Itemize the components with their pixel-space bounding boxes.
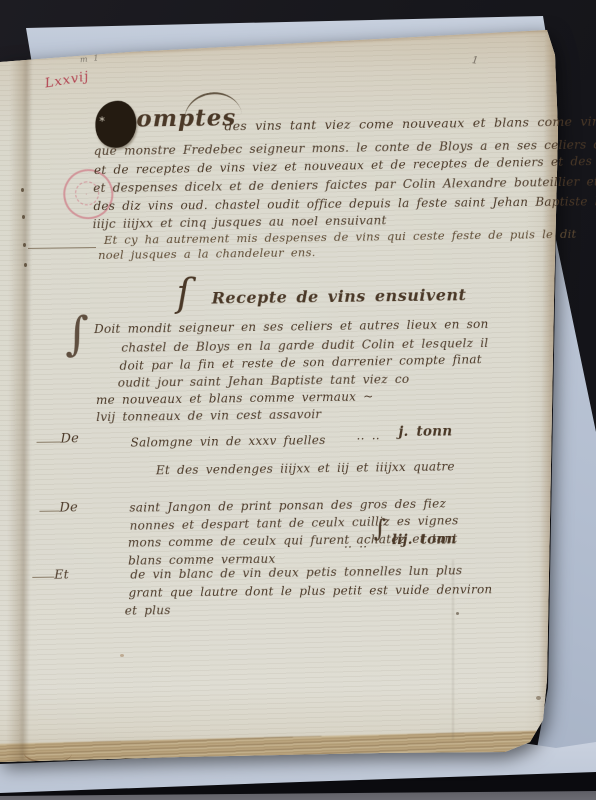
entry-amount: lij. tonn bbox=[392, 531, 457, 548]
entry-dot-leader: .. .. bbox=[344, 537, 368, 551]
entry-dot-leader: .. .. bbox=[356, 428, 380, 442]
entry-margin-mark: Et bbox=[54, 566, 69, 581]
section-title: Recepte de vins ensuivent bbox=[212, 285, 467, 307]
manuscript-line: saint Jangon de print ponsan des gros de… bbox=[129, 496, 446, 514]
manuscript-line: Doit mondit seigneur en ses celiers et a… bbox=[94, 317, 489, 336]
manuscript-line: nonnes et despart tant de ceulx cuilliz … bbox=[130, 513, 459, 532]
manuscript-line: Salomgne vin de xxxv fuelles bbox=[130, 433, 325, 450]
corner-folio-number: 1 bbox=[471, 55, 479, 67]
pencil-mark: m 1 bbox=[79, 53, 99, 64]
manuscript-line: de vin blanc de vin deux petis tonnelles… bbox=[130, 563, 462, 581]
manuscript-line: grant que lautre dont le plus petit est … bbox=[128, 582, 492, 599]
entry-amount: j. tonn bbox=[398, 423, 452, 440]
manuscript-line: noel jusques a la chandeleur ens. bbox=[98, 245, 316, 262]
entry-margin-mark: De bbox=[60, 431, 79, 446]
margin-dash bbox=[37, 442, 61, 443]
amount-flourish: ∫ bbox=[374, 514, 387, 542]
decorated-initial-c: * bbox=[95, 101, 137, 149]
paragraph-brace: ∫ bbox=[65, 306, 90, 360]
margin-dash bbox=[28, 247, 96, 249]
manuscript-line: doit par la fin et reste de son darrenie… bbox=[119, 352, 481, 373]
manuscript-line: des vins tant viez come nouveaux et blan… bbox=[224, 113, 596, 133]
manuscript-line: lvij tonneaux de vin cest assavoir bbox=[96, 407, 321, 424]
entry-margin-mark: De bbox=[59, 500, 78, 515]
manuscript-line: me nouveaux et blans comme vermaux ~ bbox=[96, 389, 374, 407]
manuscript-line: et despenses dicelx et de deniers faicte… bbox=[93, 174, 596, 195]
manuscript-line: chastel de Bloys en la garde dudit Colin… bbox=[121, 336, 488, 355]
margin-dash bbox=[32, 577, 54, 578]
manuscript-line: et plus bbox=[125, 603, 171, 618]
handwriting-layer: Lxxvij m 1 1 · * omptes des vins tant vi… bbox=[0, 0, 596, 800]
initial-star-icon: * bbox=[99, 115, 105, 128]
section-flourish: ſ bbox=[176, 271, 191, 315]
red-folio-number: Lxxvij bbox=[44, 69, 91, 91]
manuscript-line: des diz vins oud. chastel oudit office d… bbox=[93, 194, 596, 213]
margin-dash bbox=[39, 511, 59, 512]
manuscript-line: Et des vendenges iiijxx et iij et iiijxx… bbox=[156, 459, 455, 477]
manuscript-line: oudit jour saint Jehan Baptiste tant vie… bbox=[118, 372, 410, 390]
manuscript-line: iiijc iiijxx et cinq jusques au noel ens… bbox=[93, 213, 387, 231]
